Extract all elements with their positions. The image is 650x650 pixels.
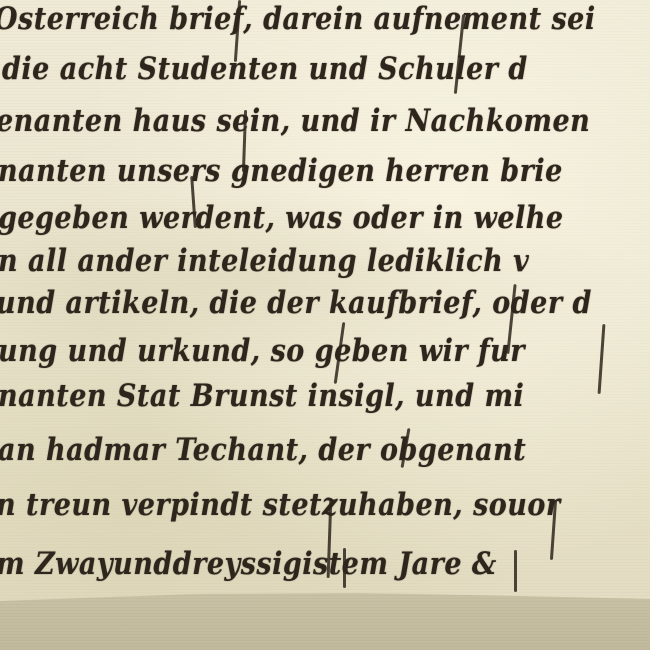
manuscript-page: Osterreich brief, darein aufnement sei d… xyxy=(0,0,650,650)
long-s-stroke xyxy=(514,550,517,592)
manuscript-line-11: n treun verpindt stetzuhaben, souor xyxy=(0,487,561,523)
parchment-fold xyxy=(0,593,650,650)
manuscript-line-5: gegeben werdent, was oder in welhe xyxy=(0,200,564,236)
manuscript-line-3: enanten haus sein, und ir Nachkomen xyxy=(0,103,590,139)
manuscript-line-12: m Zwayunddreyssigistem Jare & xyxy=(0,546,497,582)
manuscript-line-10: an hadmar Techant, der obgenant xyxy=(0,432,526,468)
manuscript-line-7: und artikeln, die der kaufbrief, oder d xyxy=(0,285,592,321)
manuscript-line-9: nanten Stat Brunst insigl, und mi xyxy=(0,378,524,414)
manuscript-line-1: Osterreich brief, darein aufnement sei xyxy=(0,1,596,37)
long-s-stroke xyxy=(598,324,606,394)
manuscript-line-6: n all ander inteleidung lediklich v xyxy=(0,243,529,279)
manuscript-line-8: ung und urkund, so geben wir fur xyxy=(0,333,525,369)
long-s-stroke xyxy=(343,548,346,588)
manuscript-line-2: die acht Studenten und Schuler d xyxy=(2,51,528,87)
manuscript-line-4: nanten unsers gnedigen herren brie xyxy=(0,153,563,189)
